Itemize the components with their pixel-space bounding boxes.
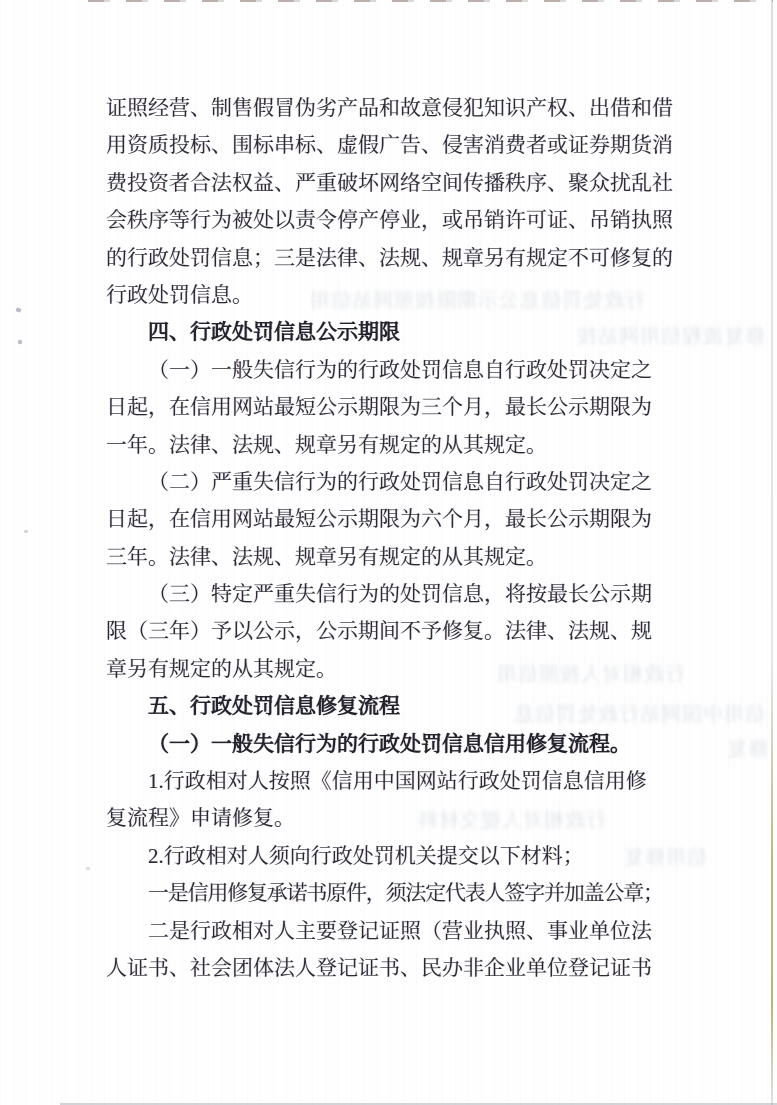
bleedthrough-text: 修复 — [722, 733, 768, 762]
section-heading-5: 五、行政处罚信息修复流程 — [106, 688, 684, 725]
subsection-heading: （一）一般失信行为的行政处罚信息信用修复流程。 — [106, 726, 684, 763]
paragraph-line: 三年。法律、法规、规章另有规定的从其规定。 — [106, 539, 684, 576]
paragraph-line: 证照经营、制售假冒伪劣产品和故意侵犯知识产权、出借和借 — [106, 90, 684, 127]
scan-top-edge-artifact — [88, 0, 773, 2]
paragraph-line: 2.行政相对人须向行政处罚机关提交以下材料； — [106, 838, 684, 875]
paragraph-line: 1.行政相对人按照《信用中国网站行政处罚信息信用修 — [106, 763, 684, 800]
scan-speck — [18, 340, 23, 345]
document-body: 证照经营、制售假冒伪劣产品和故意侵犯知识产权、出借和借 用资质投标、围标串标、虚… — [106, 90, 684, 987]
scan-right-edge-artifact — [771, 0, 773, 1105]
paragraph-line: （二）严重失信行为的行政处罚信息自行政处罚决定之 — [106, 464, 684, 501]
section-heading-4: 四、行政处罚信息公示期限 — [106, 314, 684, 351]
paragraph-line: 用资质投标、围标串标、虚假广告、侵害消费者或证券期货消 — [106, 127, 684, 164]
paragraph-line: 行政处罚信息。 — [106, 277, 684, 314]
paragraph-line: 限（三年）予以公示，公示期间不予修复。法律、法规、规 — [106, 613, 684, 650]
paragraph-line: 一是信用修复承诺书原件，须法定代表人签字并加盖公章； — [106, 875, 684, 912]
paragraph-line: 日起，在信用网站最短公示期限为六个月，最长公示期限为 — [106, 501, 684, 538]
scan-speck — [24, 530, 28, 533]
scan-speck — [86, 867, 90, 870]
paragraph-line: 会秩序等行为被处以责令停产停业，或吊销许可证、吊销执照 — [106, 202, 684, 239]
paragraph-line: 费投资者合法权益、严重破坏网络空间传播秩序、聚众扰乱社 — [106, 165, 684, 202]
scanned-document-page: 行政处罚信息公示期限按照网站信用 修复流程信用网站按 行政相对人按照信用 信用中… — [0, 0, 777, 1105]
paragraph-line: （三）特定严重失信行为的处罚信息，将按最长公示期 — [106, 576, 684, 613]
scan-speck — [15, 307, 21, 312]
paragraph-line: 人证书、社会团体法人登记证书、民办非企业单位登记证书 — [106, 950, 684, 987]
paragraph-line: 一年。法律、法规、规章另有规定的从其规定。 — [106, 427, 684, 464]
paragraph-line: 二是行政相对人主要登记证照（营业执照、事业单位法 — [106, 913, 684, 950]
paragraph-line: 章另有规定的从其规定。 — [106, 651, 684, 688]
paragraph-line: 日起，在信用网站最短公示期限为三个月，最长公示期限为 — [106, 389, 684, 426]
paragraph-line: 的行政处罚信息；三是法律、法规、规章另有规定不可修复的 — [106, 240, 684, 277]
paragraph-line: 复流程》申请修复。 — [106, 800, 684, 837]
paragraph-line: （一）一般失信行为的行政处罚信息自行政处罚决定之 — [106, 352, 684, 389]
